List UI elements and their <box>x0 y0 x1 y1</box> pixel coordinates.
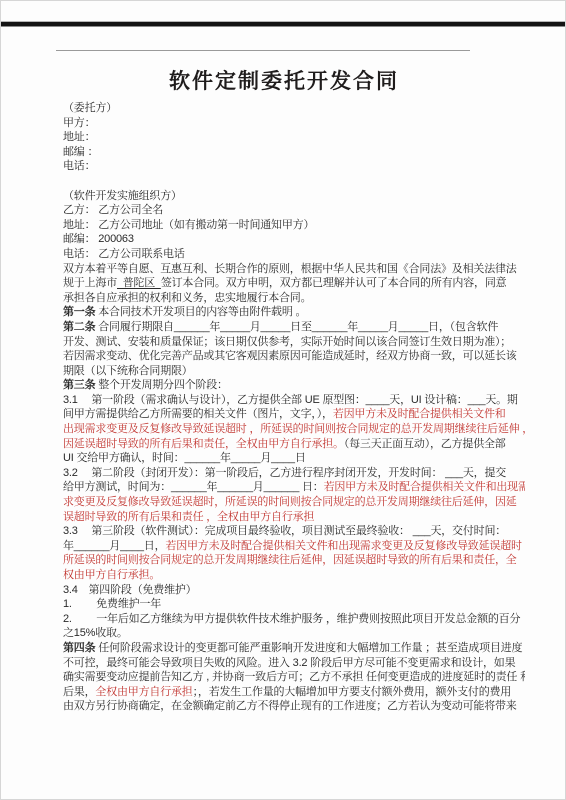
contract-line: 乙方： 乙方公司全名 <box>63 203 525 218</box>
contract-line: 3.4 第四阶段（免费维护） <box>63 583 525 598</box>
contract-line: 3.2 第二阶段（封闭开发）：第一阶段后，乙方进行程序封闭开发，开发时间： __… <box>63 466 525 481</box>
contract-line: 不可控，最终可能会导致项目失败的风险。进入 3.2 阶段后甲方尽可能不变更需求和… <box>63 656 525 671</box>
text-run: 2. 一年后如乙方继续为甲方提供软件技术维护服务 ，维护费则按照此项目开发总金额… <box>63 613 520 625</box>
contract-line: 所延误的时间则按合同规定的总开发周期继续往后延伸，因延误超时导致的所有后果和责任… <box>63 553 525 568</box>
contract-line: 后果，全权由甲方自行承担；，若发生工作量的大幅增加甲方要支付额外费用，额外支付的… <box>63 685 525 700</box>
highlighted-red-text: 全权由甲方自行承担 <box>95 686 192 698</box>
text-run: 1. 免费维护一年 <box>63 598 161 610</box>
underlined-fill-in: 普陀区 <box>117 277 161 289</box>
text-run: 甲方： <box>63 117 95 129</box>
contract-line: 误超时导致的所有后果和责任 ，全权由甲方自行承担 <box>63 510 525 525</box>
text-run: 承担各自应承担的权利和义务，忠实地履行本合同。 <box>63 292 311 304</box>
contract-line: 求变更及反复修改导致延误超时，所延误的时间则按合同规定的总开发周期继续往后延伸，… <box>63 495 525 510</box>
text-run: （每三天正面互动），乙方提供全部 <box>344 438 506 450</box>
text-run: 邮编： 200063 <box>63 233 134 245</box>
text-run: 地址： 乙方公司地址（如有搬动第一时间通知甲方） <box>63 219 314 231</box>
text-run: ；，若发生工作量的大幅增加甲方要支付额外费用，额外支付的费用 <box>193 686 512 698</box>
text-run: 期限（以下统称合同期限） <box>63 365 193 377</box>
text-run: 签订本合同。双方申明，双方都已理解并认可了本合同的所有内容，同意 <box>161 277 507 289</box>
text-run: 合同履行期限自______年_____月_____日至______年_____月… <box>95 321 498 333</box>
contract-line: 承担各自应承担的权利和义务，忠实地履行本合同。 <box>63 291 525 306</box>
contract-line: （委托方） <box>63 101 525 116</box>
text-run: （软件开发实施组织方） <box>63 190 182 202</box>
clause-heading: 第四条 <box>63 642 95 654</box>
contract-line: 之15%收取。 <box>63 626 525 641</box>
contract-line: （软件开发实施组织方） <box>63 189 525 204</box>
highlighted-red-text: 所延误的时间则按合同规定的总开发周期继续往后延伸，因延误超时导致的所有后果和责任… <box>63 554 517 566</box>
blank-line <box>63 174 525 189</box>
contract-line: 第一条 本合同技术开发项目的内容等由附件载明 。 <box>63 305 525 320</box>
contract-line: 3.1 第一阶段（需求确认与设计），乙方提供全部 UE 原型图：____天，UI… <box>63 393 525 408</box>
highlighted-red-text: 若因甲方未及时配合提供相关文件和出现需求变更及反复修改导致延误超时 ， <box>165 540 525 552</box>
contract-line: 权由甲方自行承担。 <box>63 568 525 583</box>
text-run: 邮编 ： <box>63 146 98 158</box>
text-run: 年______月____日， <box>63 540 165 552</box>
contract-line: 间甲方需提供给乙方所需要的相关文件（图片，文字，），若因甲方未及时配合提供相关文… <box>63 407 525 422</box>
text-run: 3.3 第三阶段（软件测试）：完成项目最终验收，项目测试至最终验收： ___天，… <box>63 525 506 537</box>
contract-line: 规于上海市 普陀区 签订本合同。双方申明，双方都已理解并认可了本合同的所有内容，… <box>63 276 525 291</box>
highlighted-red-text: 误超时导致的所有后果和责任 ，全权由甲方自行承担 <box>63 511 314 523</box>
header-divider-rule <box>56 50 470 51</box>
document-title: 软件定制委托开发合同 <box>1 65 566 95</box>
text-run: 不可控，最终可能会导致项目失败的风险。进入 3.2 阶段后甲方尽可能不变更需求和… <box>63 657 515 669</box>
contract-line: 邮编： 200063 <box>63 232 525 247</box>
contract-line: 1. 免费维护一年 <box>63 597 525 612</box>
highlighted-red-text: 求变更及反复修改导致延误超时，所延误的时间则按合同规定的总开发周期继续往后延伸，… <box>63 496 517 508</box>
contract-line: 电话： <box>63 159 525 174</box>
clause-heading: 第二条 <box>63 321 95 333</box>
highlighted-red-text: 因延误超时导致的所有后果和责任，全权由甲方自行承担。 <box>63 438 344 450</box>
top-border-rule <box>1 21 566 27</box>
contract-line: 邮编 ： <box>63 145 525 160</box>
text-run: 3.4 第四阶段（免费维护） <box>63 584 197 596</box>
text-run: 确实需要变动应提前告知乙方 , 并协商一致后方可；乙方不承担 任何变更造成的进度… <box>63 671 525 683</box>
contract-line: 确实需要变动应提前告知乙方 , 并协商一致后方可；乙方不承担 任何变更造成的进度… <box>63 670 525 685</box>
contract-line: 开发、测试、安装和质量保证；该日期仅供参考，实际开始时间以该合同签订生效日期为准… <box>63 335 525 350</box>
text-run: 开发、测试、安装和质量保证；该日期仅供参考，实际开始时间以该合同签订生效日期为准… <box>63 336 511 348</box>
text-run: 间甲方需提供给乙方所需要的相关文件（图片，文字，）， <box>63 408 333 420</box>
text-run: 乙方： 乙方公司全名 <box>63 204 163 216</box>
highlighted-red-text: 若因甲方未及时配合提供相关文件和 <box>333 408 506 420</box>
clause-heading: 第一条 <box>63 306 95 318</box>
text-run: 3.2 第二阶段（封闭开发）：第一阶段后，乙方进行程序封闭开发，开发时间： __… <box>63 467 506 479</box>
text-run: 双方本着平等自愿、互惠互利、长期合作的原则，根据中华人民共和国《合同法》及相关法… <box>63 263 517 275</box>
contract-line: 出现需求变更及反复修改导致延误超时 ，所延误的时间则按合同规定的总开发周期继续往… <box>63 422 525 437</box>
text-run: 给甲方测试，时间为：______年______月______ 日： <box>63 481 324 493</box>
text-run: 任何阶段需求设计的变更都可能严重影响开发进度和大幅增加工作量 ；甚至造成项目进度 <box>95 642 522 654</box>
contract-line: 第二条 合同履行期限自______年_____月_____日至______年__… <box>63 320 525 335</box>
text-run: 之15%收取。 <box>63 627 128 639</box>
text-run: 整个开发周期分四个阶段： <box>95 379 227 391</box>
text-run: 若因需求变动、优化完善产品或其它客观因素原因可能造成延时，经双方协商一致，可以延… <box>63 350 517 362</box>
text-run: 本合同技术开发项目的内容等由附件载明 。 <box>95 306 306 318</box>
contract-line: 甲方： <box>63 116 525 131</box>
contract-document-page: 软件定制委托开发合同 （委托方）甲方：地址：邮编 ：电话： （软件开发实施组织方… <box>0 0 566 800</box>
text-run: 电话： 乙方公司联系电话 <box>63 248 185 260</box>
contract-line: 由双方另行协商确定，在金额确定前乙方不得停止现有的工作进度；乙方若认为变动可能将… <box>63 699 525 714</box>
text-run: 由双方另行协商确定，在金额确定前乙方不得停止现有的工作进度；乙方若认为变动可能将… <box>63 700 517 712</box>
contract-line: 因延误超时导致的所有后果和责任，全权由甲方自行承担。（每三天正面互动），乙方提供… <box>63 437 525 452</box>
contract-line: 若因需求变动、优化完善产品或其它客观因素原因可能造成延时，经双方协商一致，可以延… <box>63 349 525 364</box>
highlighted-red-text: 出现需求变更及反复修改导致延误超时 ，所延误的时间则按合同规定的总开发周期继续往… <box>63 423 525 435</box>
contract-line: 给甲方测试，时间为：______年______月______ 日：若因甲方未及时… <box>63 480 525 495</box>
clause-heading: 第三条 <box>63 379 95 391</box>
text-run: 电话： <box>63 160 95 172</box>
highlighted-red-text: 若因甲方未及时配合提供相关文件和出现需 <box>324 481 525 493</box>
text-run: 后果， <box>63 686 95 698</box>
contract-line: 2. 一年后如乙方继续为甲方提供软件技术维护服务 ，维护费则按照此项目开发总金额… <box>63 612 525 627</box>
contract-line: 电话： 乙方公司联系电话 <box>63 247 525 262</box>
text-run: 规于上海市 <box>63 277 117 289</box>
text-run: 地址： <box>63 131 95 143</box>
contract-body: （委托方）甲方：地址：邮编 ：电话： （软件开发实施组织方）乙方： 乙方公司全名… <box>63 101 525 714</box>
text-run: （委托方） <box>63 102 117 114</box>
contract-line: 期限（以下统称合同期限） <box>63 364 525 379</box>
contract-line: 地址： <box>63 130 525 145</box>
contract-line: 3.3 第三阶段（软件测试）：完成项目最终验收，项目测试至最终验收： ___天，… <box>63 524 525 539</box>
contract-line: 双方本着平等自愿、互惠互利、长期合作的原则，根据中华人民共和国《合同法》及相关法… <box>63 262 525 277</box>
highlighted-red-text: 权由甲方自行承担。 <box>63 569 160 581</box>
text-run: 3.1 第一阶段（需求确认与设计），乙方提供全部 UE 原型图：____天，UI… <box>63 394 518 406</box>
contract-line: 地址： 乙方公司地址（如有搬动第一时间通知甲方） <box>63 218 525 233</box>
text-run: UI 交给甲方确认，时间：______年_____月____日 <box>63 452 306 464</box>
contract-line: 年______月____日，若因甲方未及时配合提供相关文件和出现需求变更及反复修… <box>63 539 525 554</box>
contract-line: 第四条 任何阶段需求设计的变更都可能严重影响开发进度和大幅增加工作量 ；甚至造成… <box>63 641 525 656</box>
contract-line: UI 交给甲方确认，时间：______年_____月____日 <box>63 451 525 466</box>
contract-line: 第三条 整个开发周期分四个阶段： <box>63 378 525 393</box>
